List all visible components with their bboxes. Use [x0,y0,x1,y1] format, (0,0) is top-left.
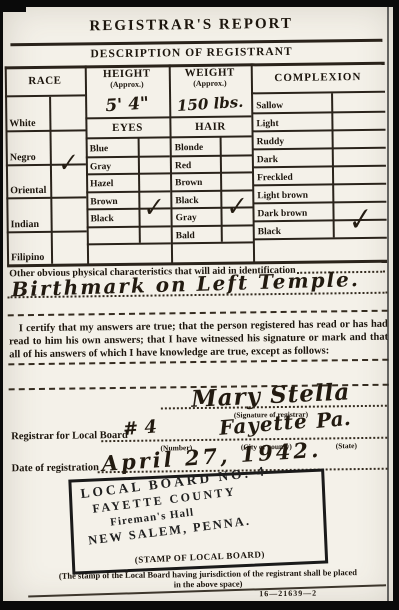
race-option-filipino: Filipino ✓ [7,230,87,264]
state-caption: (State) [316,441,376,451]
option-label: Indian [7,220,39,231]
option-label: Brown [86,197,117,208]
option-label: Light [252,120,278,131]
stamp-box-caption: (STAMP OF LOCAL BOARD) [75,547,325,568]
height-approx-label: (Approx.) [85,79,169,89]
race-column-header: RACE [5,74,85,87]
race-option-oriental: Oriental ✓ [6,163,86,199]
scan-border-notch [0,0,26,12]
board-state-handwriting: Pa. [315,406,352,433]
title-rule [10,39,382,47]
board-number-handwriting: # 4 [122,416,157,440]
option-label: Brown [171,179,202,190]
form-number: 16—21639—2 [259,589,317,599]
option-label: Ruddy [253,137,285,148]
certification-text: I certify that my answers are true; that… [9,318,388,362]
weight-header-label: WEIGHT [169,66,251,79]
option-label: Bald [172,232,195,243]
eyes-header: EYES [85,121,169,134]
option-label: Black [87,215,114,226]
race-option-white: White ✓ [5,96,85,132]
scan-border-bottom [0,601,399,610]
scan-border-top [0,0,399,7]
complexion-option-black: Black ✓ [254,219,387,241]
registrar-report-card: REGISTRAR'S REPORT DESCRIPTION OF REGIST… [0,0,399,610]
option-label: Gray [86,163,111,174]
option-label: Dark [253,156,278,167]
hair-option-bald: Bald ✓ [172,224,254,245]
option-label: Black [254,227,281,238]
option-label: Red [171,162,192,173]
weight-value-handwriting: 150 lbs. [169,92,252,115]
separator-dashed-rule [8,310,388,317]
option-label: Light brown [253,191,308,202]
race-option-negro: Negro ✓ [5,130,85,166]
option-label: Negro [6,153,36,164]
weight-column-header: WEIGHT (Approx.) [169,66,251,88]
scan-border-right [393,0,399,610]
section-title-description: DESCRIPTION OF REGISTRANT [56,45,326,60]
height-header-label: HEIGHT [85,67,169,80]
registration-date-label: Date of registration [12,462,99,474]
option-label: Black [171,197,198,208]
page-title: REGISTRAR'S REPORT [36,15,346,36]
complexion-column-header: COMPLEXION [251,71,385,85]
option-label: Blonde [171,144,204,155]
height-value-handwriting: 5' 4" [85,92,170,117]
option-label: Freckled [253,173,293,184]
option-label: Blue [86,145,109,156]
option-label: Gray [172,214,197,225]
weight-approx-label: (Approx.) [169,78,251,88]
eyes-option-empty [87,225,171,246]
option-label: Oriental [6,186,46,197]
hair-header: HAIR [169,120,251,133]
stamp-box: LOCAL BOARD NO. 4 FAYETTE COUNTY Fireman… [68,468,328,574]
option-label: Filipino [7,253,44,264]
option-label: Dark brown [253,209,307,220]
option-label: Sallow [252,101,283,112]
scan-border-left [0,0,3,610]
height-column-header: HEIGHT (Approx.) [85,67,169,89]
race-option-indian: Indian ✓ [6,197,86,233]
card-right-edge-line [387,7,389,601]
option-label: Hazel [86,180,113,191]
option-label: White [5,119,35,130]
